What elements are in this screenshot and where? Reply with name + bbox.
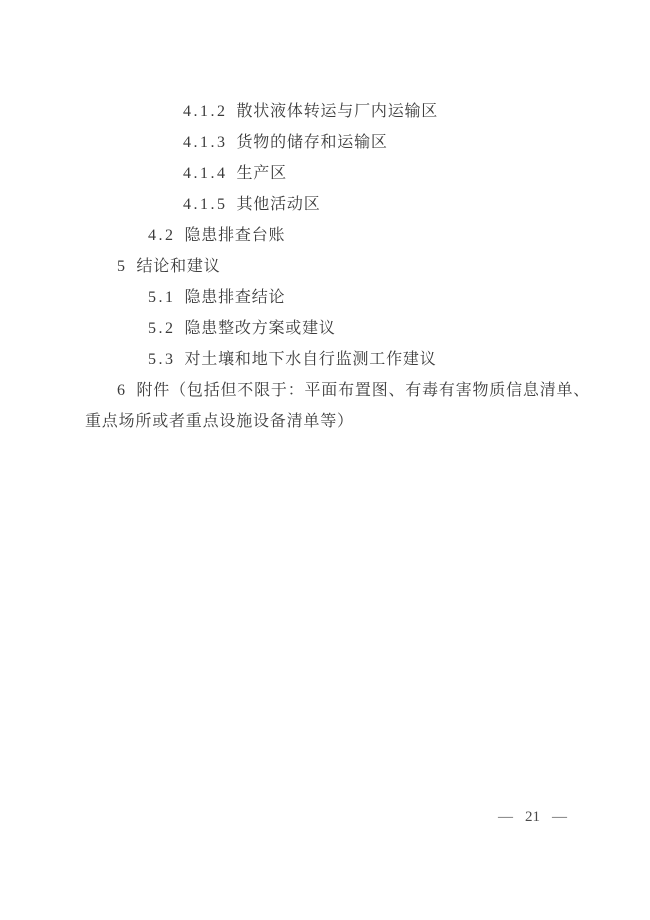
toc-item-text: 其他活动区 — [237, 196, 321, 213]
toc-line: 5.3对土壤和地下水自行监测工作建议 — [85, 344, 610, 375]
page-footer: —21— — [470, 806, 595, 828]
toc-item-number: 4.1.3 — [183, 127, 228, 158]
toc-line: 4.2隐患排查台账 — [85, 220, 610, 251]
toc-item-number: 4.1.4 — [183, 158, 228, 189]
toc-line: 4.1.3货物的储存和运输区 — [85, 127, 610, 158]
toc-item-number: 5.3 — [148, 344, 176, 375]
toc-item-text: 对土壤和地下水自行监测工作建议 — [185, 351, 437, 368]
toc-item-text: 结论和建议 — [137, 258, 221, 275]
toc-item-text: 附件（包括但不限于：平面布置图、有毒有害物质信息清单、 — [137, 382, 591, 399]
toc-line: 4.1.4生产区 — [85, 158, 610, 189]
toc-item-text: 隐患排查台账 — [185, 227, 286, 244]
toc-item-text: 散状液体转运与厂内运输区 — [237, 103, 439, 120]
footer-dash-left: — — [496, 809, 515, 825]
toc-line: 5结论和建议 — [85, 251, 610, 282]
toc-line: 5.1隐患排查结论 — [85, 282, 610, 313]
toc-line: 4.1.5其他活动区 — [85, 189, 610, 220]
page-number: 21 — [515, 809, 550, 825]
toc-item-text: 隐患整改方案或建议 — [185, 320, 336, 337]
toc-line-continuation: 重点场所或者重点设施设备清单等） — [85, 406, 610, 437]
toc-item-text: 生产区 — [237, 165, 287, 182]
document-page: 4.1.2散状液体转运与厂内运输区 4.1.3货物的储存和运输区 4.1.4生产… — [0, 0, 650, 920]
toc-line: 5.2隐患整改方案或建议 — [85, 313, 610, 344]
footer-dash-right: — — [550, 809, 569, 825]
toc-item-number: 4.2 — [148, 220, 176, 251]
toc-outline: 4.1.2散状液体转运与厂内运输区 4.1.3货物的储存和运输区 4.1.4生产… — [85, 96, 610, 437]
toc-item-number: 5.1 — [148, 282, 176, 313]
toc-item-number: 5.2 — [148, 313, 176, 344]
toc-line: 4.1.2散状液体转运与厂内运输区 — [85, 96, 610, 127]
toc-line: 6附件（包括但不限于：平面布置图、有毒有害物质信息清单、 — [85, 375, 610, 406]
toc-item-text: 重点场所或者重点设施设备清单等） — [85, 413, 354, 430]
toc-item-number: 6 — [117, 375, 128, 406]
toc-item-text: 隐患排查结论 — [185, 289, 286, 306]
toc-item-number: 5 — [117, 251, 128, 282]
toc-item-number: 4.1.2 — [183, 96, 228, 127]
toc-item-text: 货物的储存和运输区 — [237, 134, 388, 151]
toc-item-number: 4.1.5 — [183, 189, 228, 220]
